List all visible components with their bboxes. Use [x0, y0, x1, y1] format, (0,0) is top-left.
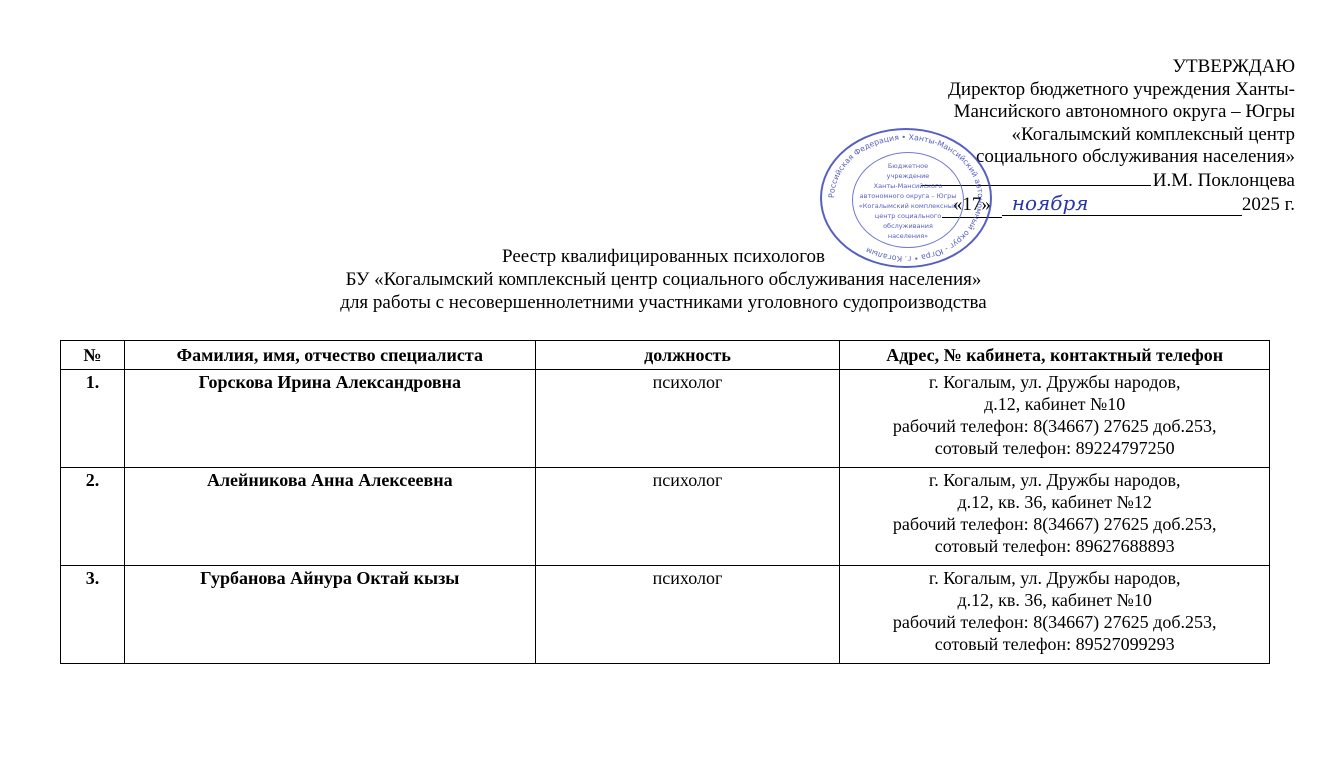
row-number: 2. — [61, 468, 125, 566]
specialist-position: психолог — [535, 566, 840, 664]
title-line: для работы с несовершеннолетними участни… — [0, 291, 1327, 314]
stamp-line: Бюджетное — [853, 161, 963, 171]
address-line: сотовый телефон: 89224797250 — [844, 437, 1265, 459]
stamp-line: центр социального — [853, 211, 963, 221]
specialist-address: г. Когалым, ул. Дружбы народов,д.12, каб… — [840, 370, 1270, 468]
address-line: сотовый телефон: 89527099293 — [844, 633, 1265, 655]
stamp-line: автономного округа – Югры — [853, 191, 963, 201]
date-year: 2025 г. — [1242, 194, 1295, 215]
stamp-line: Ханты-Мансийского — [853, 181, 963, 191]
address-line: рабочий телефон: 8(34667) 27625 доб.253, — [844, 513, 1265, 535]
document-title: Реестр квалифицированных психологов БУ «… — [0, 245, 1327, 314]
address-line: рабочий телефон: 8(34667) 27625 доб.253, — [844, 415, 1265, 437]
header-name: Фамилия, имя, отчество специалиста — [124, 341, 535, 370]
stamp-line: «Когалымский комплексный — [853, 201, 963, 211]
address-line: г. Когалым, ул. Дружбы народов, — [844, 371, 1265, 393]
row-number: 3. — [61, 566, 125, 664]
approval-line: Директор бюджетного учреждения Ханты- — [921, 79, 1295, 102]
title-line: БУ «Когалымский комплексный центр социал… — [0, 268, 1327, 291]
table-row: 2.Алейникова Анна Алексеевнапсихологг. К… — [61, 468, 1270, 566]
stamp-line: обслуживания — [853, 221, 963, 231]
header-number: № — [61, 341, 125, 370]
header-address: Адрес, № кабинета, контактный телефон — [840, 341, 1270, 370]
table-row: 1.Горскова Ирина Александровнапсихологг.… — [61, 370, 1270, 468]
address-line: д.12, кв. 36, кабинет №12 — [844, 491, 1265, 513]
row-number: 1. — [61, 370, 125, 468]
address-line: д.12, кабинет №10 — [844, 393, 1265, 415]
specialist-address: г. Когалым, ул. Дружбы народов,д.12, кв.… — [840, 468, 1270, 566]
stamp-line: учреждение — [853, 171, 963, 181]
signatory-name: И.М. Поклонцева — [1153, 170, 1295, 191]
address-line: г. Когалым, ул. Дружбы народов, — [844, 469, 1265, 491]
specialist-name: Горскова Ирина Александровна — [124, 370, 535, 468]
address-line: д.12, кв. 36, кабинет №10 — [844, 589, 1265, 611]
psychologist-register-table: № Фамилия, имя, отчество специалиста дол… — [60, 340, 1270, 664]
address-line: г. Когалым, ул. Дружбы народов, — [844, 567, 1265, 589]
address-line: рабочий телефон: 8(34667) 27625 доб.253, — [844, 611, 1265, 633]
header-position: должность — [535, 341, 840, 370]
specialist-position: психолог — [535, 370, 840, 468]
address-line: сотовый телефон: 89627688893 — [844, 535, 1265, 557]
approval-line: Мансийского автономного округа – Югры — [921, 101, 1295, 124]
date-month: ноября — [1002, 192, 1242, 216]
stamp-center: Бюджетное учреждение Ханты-Мансийского а… — [852, 152, 964, 248]
specialist-name: Алейникова Анна Алексеевна — [124, 468, 535, 566]
specialist-position: психолог — [535, 468, 840, 566]
table-header-row: № Фамилия, имя, отчество специалиста дол… — [61, 341, 1270, 370]
stamp-line: населения» — [853, 231, 963, 241]
approval-heading: УТВЕРЖДАЮ — [921, 56, 1295, 79]
specialist-name: Гурбанова Айнура Октай кызы — [124, 566, 535, 664]
table-row: 3.Гурбанова Айнура Октай кызыпсихологг. … — [61, 566, 1270, 664]
specialist-address: г. Когалым, ул. Дружбы народов,д.12, кв.… — [840, 566, 1270, 664]
title-line: Реестр квалифицированных психологов — [0, 245, 1327, 268]
